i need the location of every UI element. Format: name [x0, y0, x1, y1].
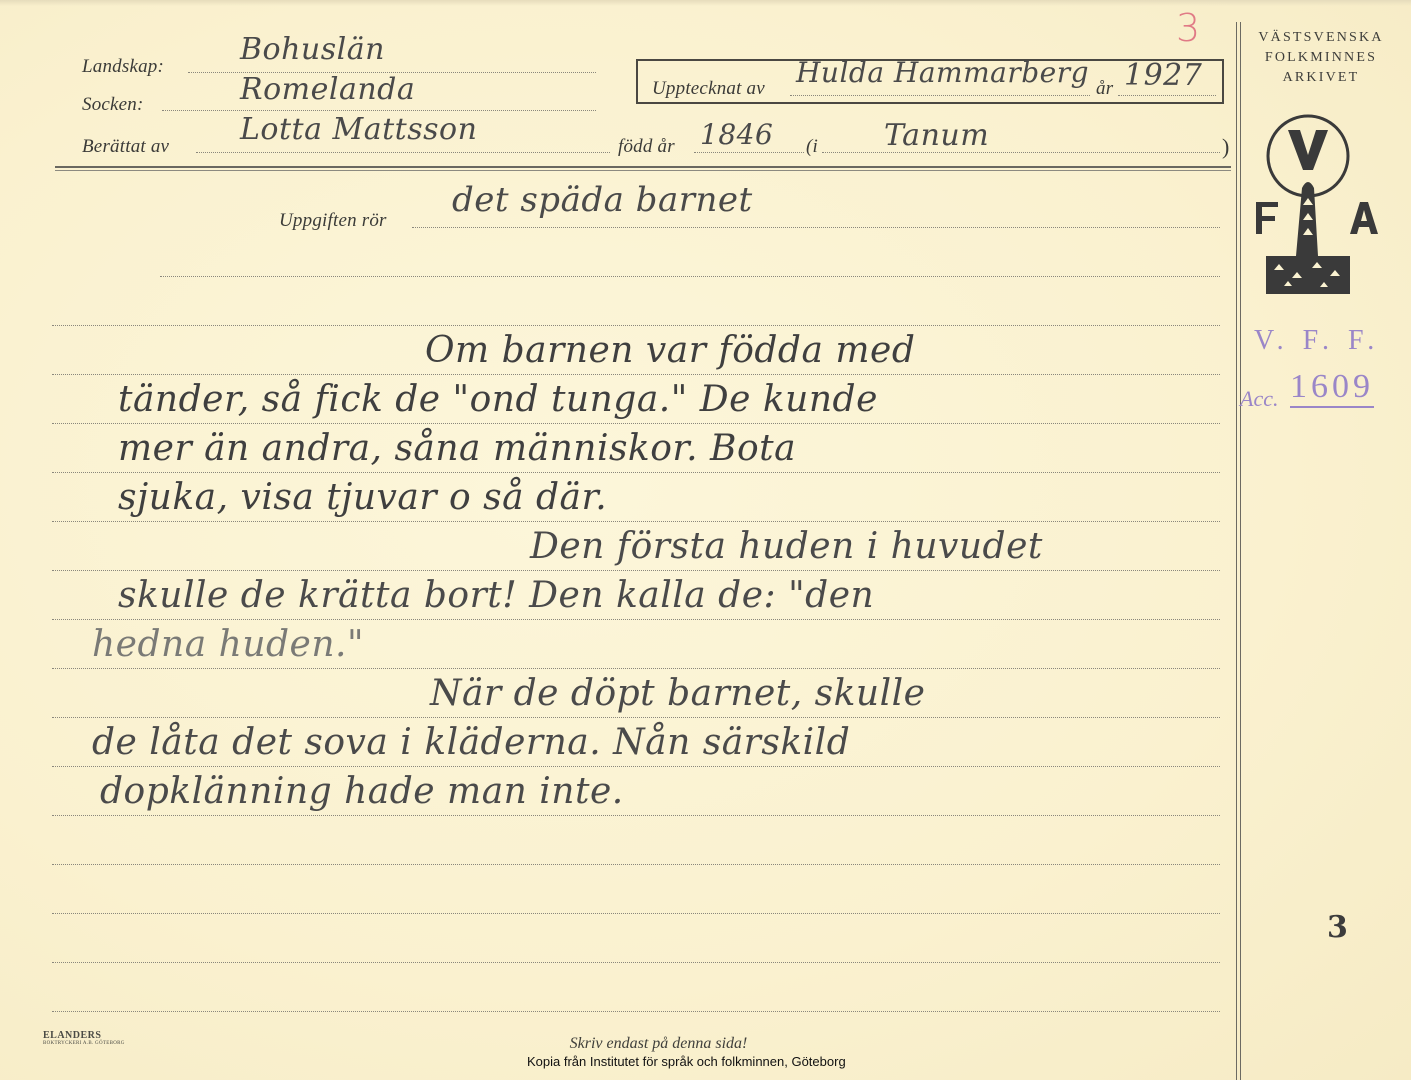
fodd-ar-label: född år [618, 136, 675, 158]
ruled-line [52, 864, 1220, 865]
archive-name-line-3: ARKIVET [1246, 68, 1396, 88]
archive-name-line-1: VÄSTSVENSKA [1246, 28, 1396, 48]
body-line-6: skulle de krätta bort! Den kalla de: "de… [118, 575, 874, 616]
body-line-2: tänder, så fick de "ond tunga." De kunde [118, 379, 878, 420]
footer-instruction: Skriv endast på denna sida! [0, 1035, 1364, 1053]
berattat-av-value: Lotta Mattsson [240, 112, 477, 147]
ruled-line [52, 374, 1220, 375]
page-number: 3 [1327, 910, 1348, 945]
subject-value: det späda barnet [452, 180, 753, 220]
body-line-4: sjuka, visa tjuvar o så där. [118, 477, 607, 518]
landskap-value: Bohuslän [240, 32, 385, 67]
ruled-line [52, 717, 1220, 718]
thor-hammer-logo-icon [1250, 110, 1390, 305]
recorder-name-value: Hulda Hammarberg [796, 56, 1089, 89]
ruled-line [52, 472, 1220, 473]
recorded-year-value: 1927 [1124, 58, 1202, 93]
accession-number-stamp: 1609 [1290, 368, 1374, 408]
body-line-3: mer än andra, såna människor. Bota [118, 428, 796, 469]
body-line-10: dopklänning hade man inte. [100, 771, 624, 812]
year-dotline [1118, 95, 1216, 96]
berattat-av-dotline [196, 152, 610, 153]
archive-name-line-2: FOLKMINNES [1246, 48, 1396, 68]
red-page-number: 3 [1176, 6, 1200, 50]
upptecknat-dotline [790, 95, 1090, 96]
landskap-label: Landskap: [82, 56, 164, 78]
ruled-line [52, 815, 1220, 816]
body-line-8: När de döpt barnet, skulle [430, 673, 925, 714]
ruled-line [52, 325, 1220, 326]
place-close-paren: ) [1222, 134, 1230, 160]
socken-dotline [162, 110, 596, 111]
body-line-9: de låta det sova i kläderna. Nån särskil… [92, 722, 850, 763]
body-line-7: hedna huden." [92, 624, 364, 665]
header-rule-bottom [55, 170, 1231, 171]
ruled-line [52, 423, 1220, 424]
ruled-line [52, 619, 1220, 620]
ruled-line [52, 668, 1220, 669]
socken-label: Socken: [82, 94, 144, 116]
ruled-line [160, 276, 1220, 277]
body-line-1: Om barnen var födda med [425, 330, 915, 371]
place-dotline [822, 152, 1220, 153]
birth-place-value: Tanum [884, 118, 989, 153]
uppgiften-dotline [412, 227, 1220, 228]
year-label: år [1096, 78, 1113, 100]
place-open-paren: (i [806, 136, 818, 158]
ruled-line [52, 962, 1220, 963]
ruled-line [52, 766, 1220, 767]
berattat-av-label: Berättat av [82, 136, 169, 158]
body-line-5: Den första huden i huvudet [530, 526, 1043, 567]
ruled-line [52, 521, 1220, 522]
fodd-ar-value: 1846 [700, 118, 773, 151]
uppgiften-ror-label: Uppgiften rör [279, 210, 387, 232]
ruled-line [52, 913, 1220, 914]
ruled-line [52, 1011, 1220, 1012]
upptecknat-av-label: Upptecknat av [652, 78, 765, 100]
ruled-line [52, 570, 1220, 571]
acc-stamp-prefix: Acc. [1240, 386, 1278, 412]
vff-stamp: V. F. F. [1254, 325, 1380, 357]
fodd-ar-dotline [694, 152, 804, 153]
header-rule-top [55, 166, 1231, 168]
sidebar-rule-right [1240, 22, 1241, 1080]
copy-notice: Kopia från Institutet för språk och folk… [527, 1054, 846, 1069]
socken-value: Romelanda [240, 72, 415, 107]
sidebar-rule-left [1236, 22, 1237, 1080]
